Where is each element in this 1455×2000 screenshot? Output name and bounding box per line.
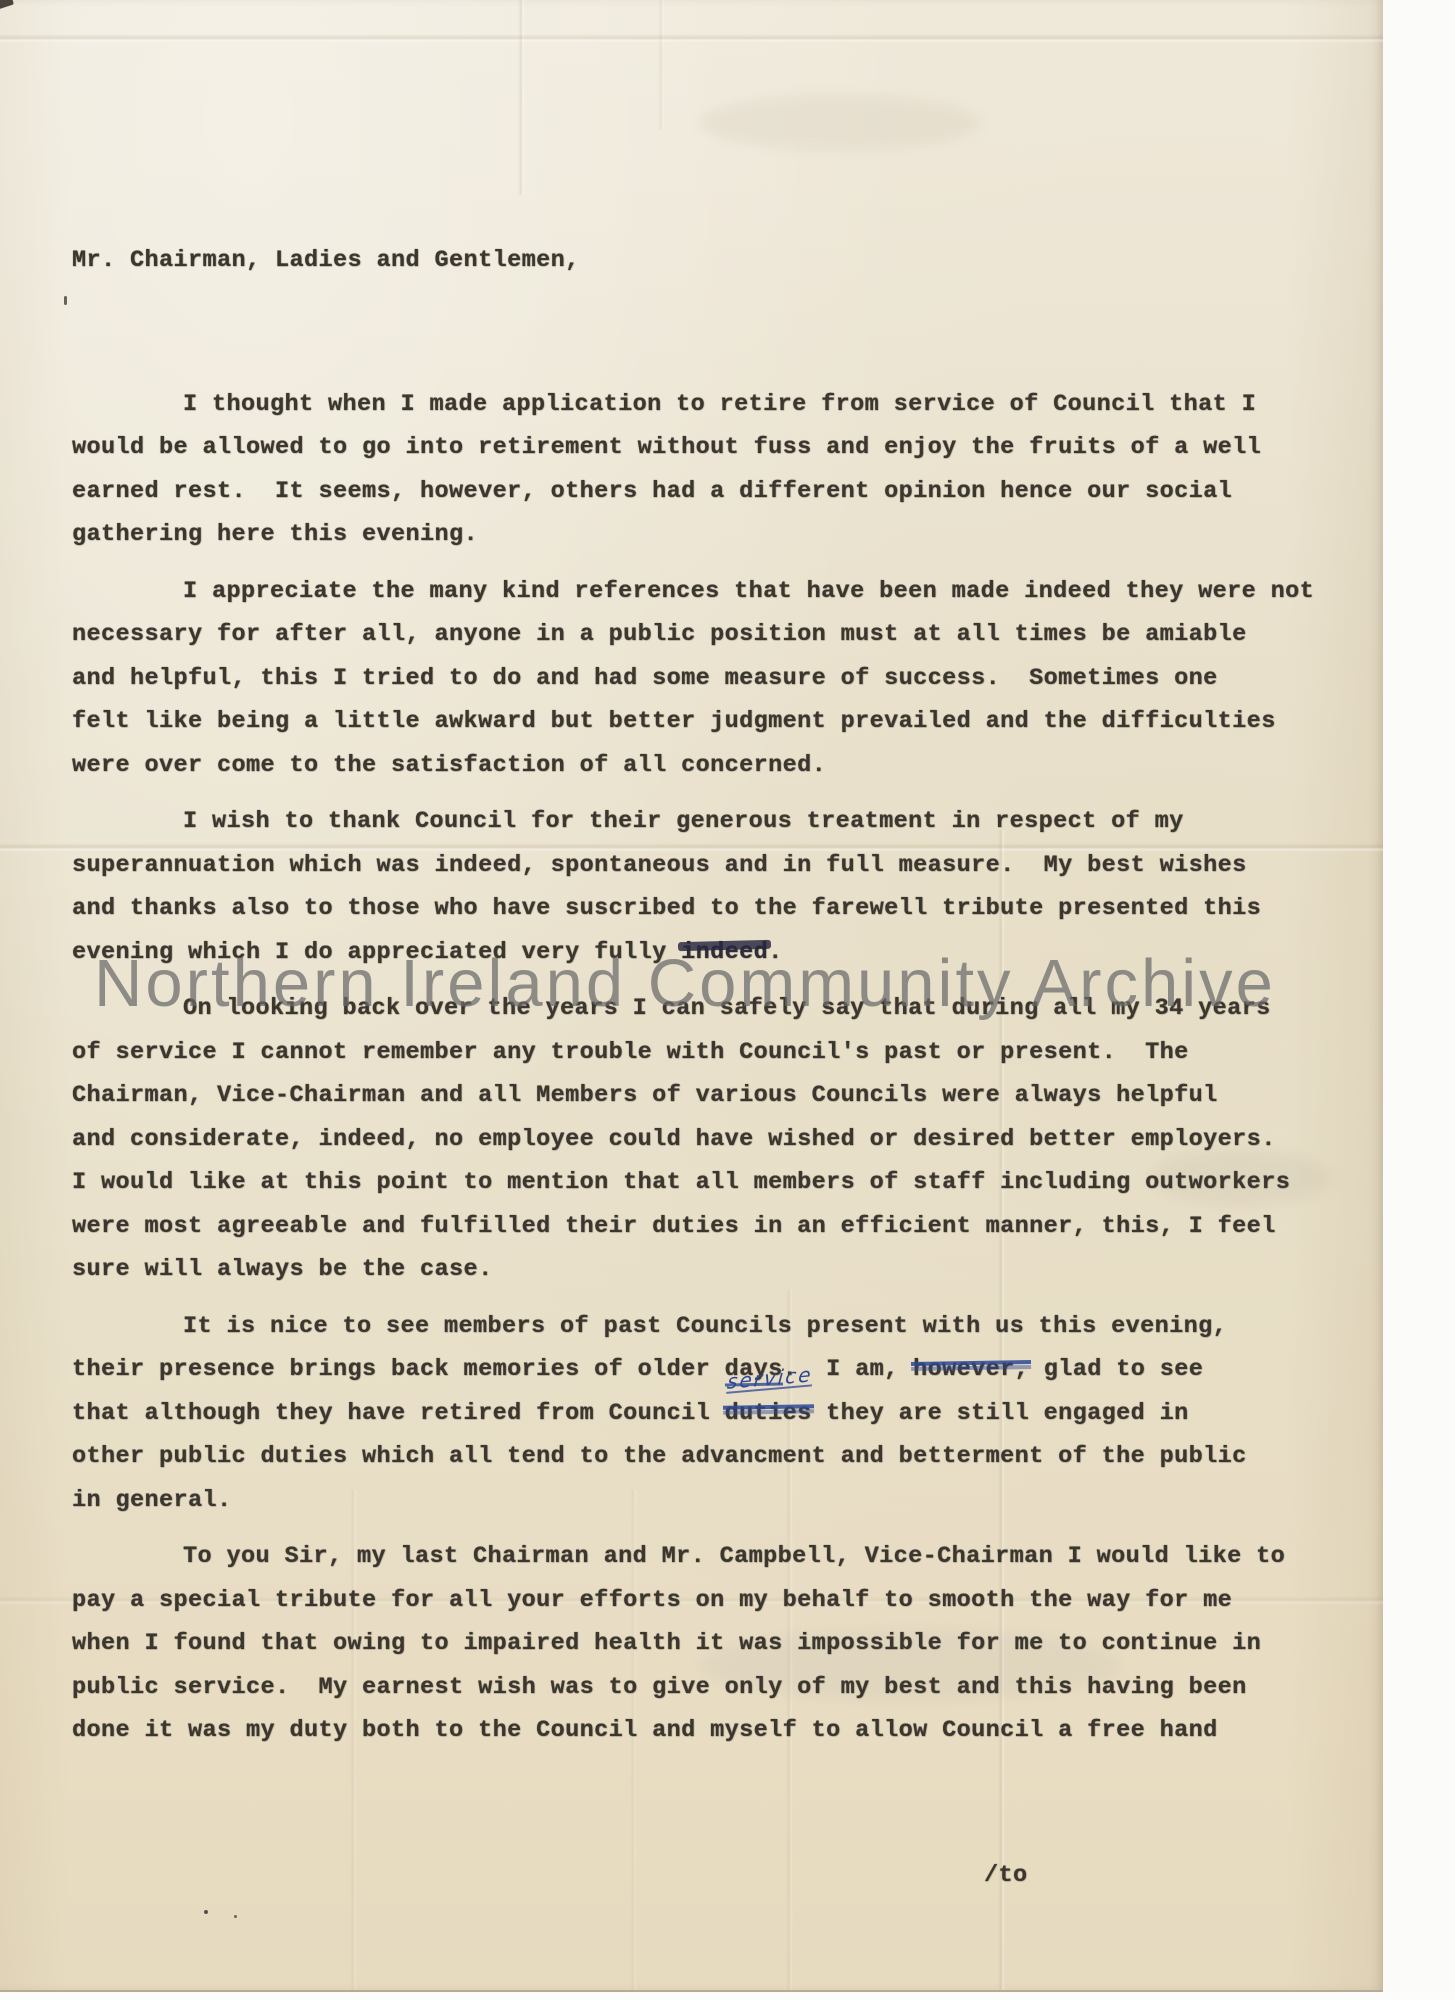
text-segment: pay a special tribute for all your effor…: [72, 1579, 1232, 1623]
typewritten-line: public service. My earnest wish was to g…: [72, 1666, 1455, 1710]
typewritten-line: were over come to the satisfaction of al…: [72, 744, 1455, 788]
text-segment: I wish to thank Council for their genero…: [183, 800, 1184, 844]
text-segment: when I found that owing to impaired heal…: [72, 1622, 1261, 1666]
typewritten-line: and helpful, this I tried to do and had …: [72, 657, 1455, 701]
paragraph: I appreciate the many kind references th…: [72, 570, 1455, 788]
text-segment: were most agreeable and fulfilled their …: [72, 1205, 1276, 1249]
text-segment: To you Sir, my last Chairman and Mr. Cam…: [183, 1535, 1285, 1579]
paragraph: On looking back over the years I can saf…: [72, 987, 1455, 1292]
typewritten-line: felt like being a little awkward but bet…: [72, 700, 1455, 744]
text-segment: Chairman, Vice-Chairman and all Members …: [72, 1074, 1218, 1118]
text-segment: of service I cannot remember any trouble…: [72, 1031, 1189, 1075]
edited-text-segment: dutiesservice: [725, 1392, 812, 1436]
text-segment: other public duties which all tend to th…: [72, 1435, 1247, 1479]
typewritten-line: would be allowed to go into retirement w…: [72, 426, 1455, 470]
typewritten-line: in general.: [72, 1479, 1455, 1523]
text-segment: would be allowed to go into retirement w…: [72, 426, 1261, 470]
text-segment: and helpful, this I tried to do and had …: [72, 657, 1218, 701]
text-segment: in general.: [72, 1479, 232, 1523]
text-segment: It is nice to see members of past Counci…: [183, 1305, 1227, 1349]
typewritten-line: superannuation which was indeed, spontan…: [72, 844, 1455, 888]
typewritten-line: necessary for after all, anyone in a pub…: [72, 613, 1455, 657]
text-segment: that although they have retired from Cou…: [72, 1392, 725, 1436]
text-segment: they are still engaged in: [812, 1392, 1189, 1436]
typewritten-line: I would like at this point to mention th…: [72, 1161, 1455, 1205]
text-segment: superannuation which was indeed, spontan…: [72, 844, 1247, 888]
typewritten-line: Chairman, Vice-Chairman and all Members …: [72, 1074, 1455, 1118]
edited-text-segment: however,: [913, 1348, 1029, 1392]
typewritten-line: earned rest. It seems, however, others h…: [72, 470, 1455, 514]
text-segment: and thanks also to those who have suscri…: [72, 887, 1261, 931]
text-segment: I thought when I made application to ret…: [183, 383, 1256, 427]
salutation: Mr. Chairman, Ladies and Gentlemen,: [72, 239, 1455, 283]
scan-background-right: [1383, 0, 1455, 2000]
text-segment: their presence brings back memories of o…: [72, 1348, 725, 1392]
text-segment: felt like being a little awkward but bet…: [72, 700, 1276, 744]
typewritten-line: I thought when I made application to ret…: [72, 383, 1455, 427]
typewritten-line: that although they have retired from Cou…: [72, 1392, 1455, 1436]
scan-background-bottom: [0, 1992, 1455, 2000]
paragraph: To you Sir, my last Chairman and Mr. Cam…: [72, 1535, 1455, 1753]
typewritten-line: I appreciate the many kind references th…: [72, 570, 1455, 614]
text-segment: I appreciate the many kind references th…: [183, 570, 1314, 614]
text-segment: and considerate, indeed, no employee cou…: [72, 1118, 1276, 1162]
typewritten-line: and considerate, indeed, no employee cou…: [72, 1118, 1455, 1162]
text-segment: earned rest. It seems, however, others h…: [72, 470, 1232, 514]
typewritten-line: of service I cannot remember any trouble…: [72, 1031, 1455, 1075]
typewritten-line: I wish to thank Council for their genero…: [72, 800, 1455, 844]
paragraph: It is nice to see members of past Counci…: [72, 1305, 1455, 1523]
paragraph: I thought when I made application to ret…: [72, 383, 1455, 557]
text-segment: necessary for after all, anyone in a pub…: [72, 613, 1247, 657]
typewritten-line: when I found that owing to impaired heal…: [72, 1622, 1455, 1666]
typewritten-line: were most agreeable and fulfilled their …: [72, 1205, 1455, 1249]
text-segment: were over come to the satisfaction of al…: [72, 744, 826, 788]
scanned-letter-page: Mr. Chairman, Ladies and Gentlemen, I th…: [0, 0, 1455, 2000]
text-segment: done it was my duty both to the Council …: [72, 1709, 1218, 1753]
typewritten-line: sure will always be the case.: [72, 1248, 1455, 1292]
typewritten-line: and thanks also to those who have suscri…: [72, 887, 1455, 931]
typewritten-line: It is nice to see members of past Counci…: [72, 1305, 1455, 1349]
typewritten-line: other public duties which all tend to th…: [72, 1435, 1455, 1479]
text-segment: sure will always be the case.: [72, 1248, 493, 1292]
typewritten-line: To you Sir, my last Chairman and Mr. Cam…: [72, 1535, 1455, 1579]
letter-paragraphs: I thought when I made application to ret…: [72, 383, 1455, 1753]
text-segment: glad to see: [1029, 1348, 1203, 1392]
text-segment: I would like at this point to mention th…: [72, 1161, 1290, 1205]
typewritten-line: done it was my duty both to the Council …: [72, 1709, 1455, 1753]
watermark-overlay: Northern Ireland Community Archive: [94, 950, 1276, 1017]
typewritten-line: pay a special tribute for all your effor…: [72, 1579, 1455, 1623]
text-segment: gathering here this evening.: [72, 513, 478, 557]
typewritten-line: gathering here this evening.: [72, 513, 1455, 557]
letter-paper: Mr. Chairman, Ladies and Gentlemen, I th…: [0, 0, 1383, 1992]
text-segment: public service. My earnest wish was to g…: [72, 1666, 1247, 1710]
